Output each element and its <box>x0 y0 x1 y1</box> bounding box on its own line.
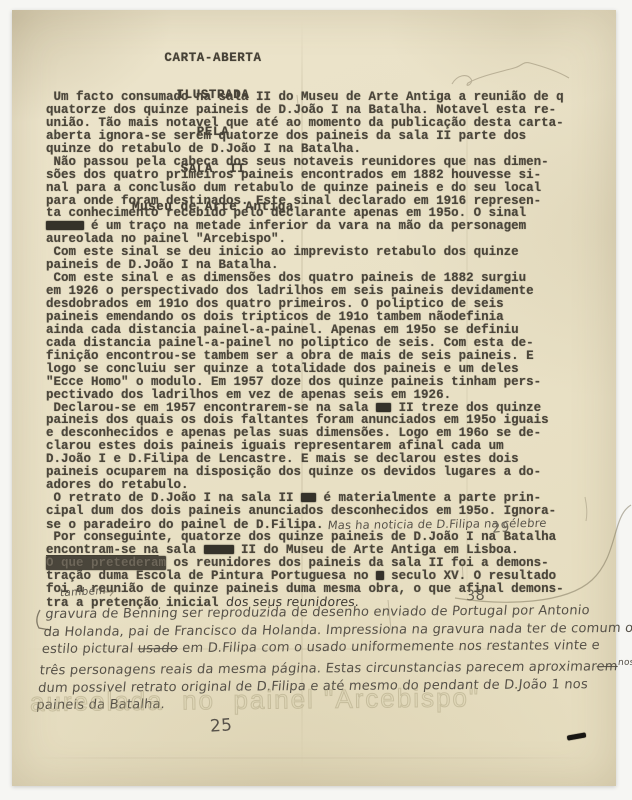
text-segment: estilo pictural <box>41 642 138 658</box>
redaction-mark <box>301 493 316 502</box>
paragraph: Com este sinal se deu inicio ao imprevis… <box>46 246 606 272</box>
paragraph: Declarou-se em 1957 encontrarem-se na sa… <box>46 402 606 493</box>
text-segment-strike: usado <box>137 641 179 656</box>
text-segment-hw: Mas ha noticia de D.Filipa na célebre <box>323 517 547 532</box>
text-segment-sup: nos <box>618 658 632 668</box>
redaction-mark <box>204 545 234 554</box>
paragraph: Não passou pela cabeça dos seus notaveis… <box>46 156 606 247</box>
text-segment: é materialmente a parte prin- <box>316 491 541 505</box>
text-segment: Por conseguinte, quatorze dos quinze pai… <box>46 530 556 544</box>
pencil-number-38: 38 <box>466 588 486 605</box>
text-segment: aberta ignora-se serem quatorze dos pain… <box>46 129 526 143</box>
paragraph: Um facto consumado na sala II do Museu d… <box>46 91 606 156</box>
paragraph: O retrato de D.João I na sala II é mater… <box>46 492 606 531</box>
text-segment: nal para a conclusão dum retabulo de qui… <box>46 181 541 195</box>
text-segment: finição encontrou-se tambem ser a obra d… <box>46 349 534 363</box>
text-segment: três personagens reais da mesma página. … <box>39 659 597 678</box>
text-segment: cada distancia painel-a-painel no polipt… <box>46 336 534 350</box>
ghost-impression-text: aureolada no painel "Arcebispo" <box>30 681 605 718</box>
text-segment: "Ecce Homo" o modulo. Em 1957 doze dos q… <box>46 375 541 389</box>
text-segment: união. Tão mais notavel que até ao momen… <box>46 116 564 130</box>
text-segment: em 1926 o perspectivado dos ladrilhos em… <box>46 284 534 298</box>
text-segment: Um facto consumado na sala II do Museu d… <box>46 90 564 104</box>
margin-note-tambem: também <box>60 585 107 599</box>
text-segment-u: encontram-se na <box>46 543 159 557</box>
text-segment: paineis emendando os dois tripticos de 1… <box>46 310 504 324</box>
text-segment-strike: em <box>596 659 619 674</box>
text-segment: desdobrados em 191o dos quatro primeiros… <box>46 297 504 311</box>
pencil-number-29: 29 <box>491 519 510 537</box>
text-segment: II do Museu de Arte Antiga em Lisboa. <box>234 543 519 557</box>
text-segment: Não passou pela cabeça dos seus notaveis… <box>46 155 549 169</box>
title-line: CARTA-ABERTA <box>52 52 374 64</box>
typed-body: Um facto consumado na sala II do Museu d… <box>46 91 606 609</box>
paragraph: O que pretederam os reunidores dos paine… <box>46 557 606 609</box>
pencil-number-25: 25 <box>209 715 233 737</box>
text-segment: sões dos quatro primeiros paineis encont… <box>46 168 541 182</box>
text-segment: ainda cada distancia painel-a-painel. Ap… <box>46 323 519 337</box>
redaction-mark <box>376 403 391 412</box>
text-segment: sala <box>159 543 204 557</box>
paragraph: Por conseguinte, quatorze dos quinze pai… <box>46 531 606 557</box>
redaction-mark <box>376 571 384 580</box>
paragraph: Com este sinal e as dimensões dos quatro… <box>46 272 606 401</box>
text-segment-ob: O que pretederam <box>46 556 166 570</box>
text-segment: seculo XV. O resultado <box>384 569 557 583</box>
text-segment: em D.Filipa com o usado uniformemente no… <box>177 638 600 656</box>
text-segment: os reunidores dos paineis da sala II foi… <box>166 556 549 570</box>
text-segment: O retrato de D.João I na sala II <box>46 491 301 505</box>
photo-background: CARTA-ABERTA ILUSTRADA PELA SALA II Muse… <box>0 0 632 800</box>
text-segment: quatorze dos quinze paineis de D.João I … <box>46 103 556 117</box>
text-segment: gravura de Benning ser reproduzida de de… <box>45 603 591 622</box>
text-segment: quinze do retabulo de D.João I na Batalh… <box>46 142 361 156</box>
text-segment: logo se concluiu ser quinze a totalidade… <box>46 362 519 376</box>
text-segment: pectivado dos ladrilhos em vez de apenas… <box>46 388 451 402</box>
redaction-mark <box>46 221 84 230</box>
text-segment: tração duma Escola de Pintura Portuguesa… <box>46 569 376 583</box>
